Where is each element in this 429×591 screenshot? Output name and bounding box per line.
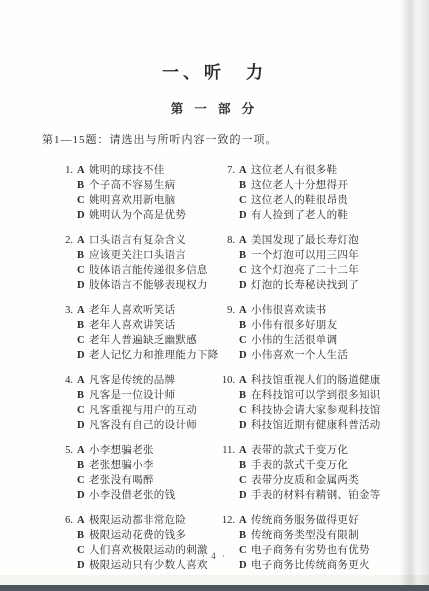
question-block: 10. A 科技馆重视人们的肠道健康 B 在科技馆可以学到很多知识 C 科技协会…: [217, 373, 407, 433]
option-label: C: [239, 473, 251, 488]
question-options: A 口头语言有复杂含义 B 应该更关注口头语言 C 肢体语言能传递很多信息 D …: [77, 233, 208, 293]
option-label: C: [239, 403, 251, 418]
option-line: A 姚明的球技不佳: [77, 163, 186, 178]
option-label: D: [77, 348, 89, 363]
option-label: D: [239, 278, 251, 293]
option-label: B: [77, 388, 89, 403]
option-line: B 凡客是一位设计师: [77, 388, 197, 403]
questions-column-right: 7. A 这位老人有很多鞋 B 这位老人十分想得开 C 这位老人的鞋很昂贵 D …: [217, 163, 407, 583]
option-line: C 肢体语言能传递很多信息: [77, 263, 208, 278]
option-text: 极限运动都非常危险: [89, 513, 186, 528]
question-options: A 极限运动都非常危险 B 极限运动花费的钱多 C 人们喜欢极限运动的刺激 D …: [77, 513, 208, 573]
option-text: 老张没有喝醉: [89, 473, 154, 488]
question-number: 9.: [217, 303, 235, 363]
option-text: 老张想骗小李: [89, 458, 154, 473]
option-line: D 灯泡的长寿秘诀找到了: [239, 278, 359, 293]
question-options: A 表带的款式千变万化 B 手表的款式千变万化 C 表带分皮质和金属两类 D 手…: [239, 443, 381, 503]
option-label: A: [77, 443, 89, 458]
option-text: 手表的材料有精钢、铂金等: [251, 488, 381, 503]
questions-area: 1. A 姚明的球技不佳 B 个子高不容易生病 C 姚明喜欢用新电脑 D 姚明认…: [55, 163, 429, 583]
option-text: 科技馆重视人们的肠道健康: [251, 373, 381, 388]
option-text: 凡客没有自己的设计师: [89, 418, 197, 433]
option-line: D 有人捡到了老人的鞋: [239, 208, 348, 223]
option-text: 科技协会请大家参观科技馆: [251, 403, 381, 418]
option-label: C: [77, 403, 89, 418]
option-line: A 小伟很喜欢读书: [239, 303, 348, 318]
option-line: A 传统商务服务做得更好: [239, 513, 370, 528]
option-label: B: [239, 248, 251, 263]
question-number: 3.: [55, 303, 73, 363]
option-label: B: [77, 178, 89, 193]
option-line: B 个子高不容易生病: [77, 178, 186, 193]
option-line: B 小伟有很多好朋友: [239, 318, 348, 333]
question-options: A 小李想骗老张 B 老张想骗小李 C 老张没有喝醉 D 小李没借老张的钱: [77, 443, 175, 503]
option-line: D 姚明认为个高是优势: [77, 208, 186, 223]
option-line: C 表带分皮质和金属两类: [239, 473, 381, 488]
question-block: 2. A 口头语言有复杂含义 B 应该更关注口头语言 C 肢体语言能传递很多信息…: [55, 233, 217, 293]
questions-column-left: 1. A 姚明的球技不佳 B 个子高不容易生病 C 姚明喜欢用新电脑 D 姚明认…: [55, 163, 217, 583]
option-line: C 这位老人的鞋很昂贵: [239, 193, 348, 208]
option-label: C: [239, 193, 251, 208]
option-text: 表带的款式千变万化: [251, 443, 348, 458]
option-label: C: [77, 473, 89, 488]
option-text: 小李想骗老张: [89, 443, 154, 458]
question-block: 12. A 传统商务服务做得更好 B 传统商务类型没有限制 C 电子商务有劣势也…: [217, 513, 407, 573]
option-line: D 凡客没有自己的设计师: [77, 418, 197, 433]
option-text: 肢体语言能传递很多信息: [89, 263, 208, 278]
option-line: B 老张想骗小李: [77, 458, 175, 473]
scan-edge-bar: [0, 585, 429, 591]
section-heading: 第 一 部 分: [0, 99, 429, 117]
option-line: D 老人记忆力和推理能力下降: [77, 348, 219, 363]
option-label: C: [77, 193, 89, 208]
option-line: C 小伟的生活很单调: [239, 333, 348, 348]
option-line: B 老年人喜欢讲笑话: [77, 318, 219, 333]
option-label: B: [239, 458, 251, 473]
page-title: 一、听 力: [0, 58, 429, 83]
option-line: A 口头语言有复杂含义: [77, 233, 208, 248]
option-line: A 小李想骗老张: [77, 443, 175, 458]
question-block: 6. A 极限运动都非常危险 B 极限运动花费的钱多 C 人们喜欢极限运动的刺激…: [55, 513, 217, 573]
option-text: 姚明认为个高是优势: [89, 208, 186, 223]
option-line: C 科技协会请大家参观科技馆: [239, 403, 381, 418]
option-label: A: [239, 373, 251, 388]
question-block: 7. A 这位老人有很多鞋 B 这位老人十分想得开 C 这位老人的鞋很昂贵 D …: [217, 163, 407, 223]
option-line: C 老张没有喝醉: [77, 473, 175, 488]
question-number: 1.: [55, 163, 73, 223]
option-line: B 这位老人十分想得开: [239, 178, 348, 193]
option-line: D 小伟喜欢一个人生活: [239, 348, 348, 363]
option-text: 表带分皮质和金属两类: [251, 473, 359, 488]
option-label: A: [77, 513, 89, 528]
option-text: 传统商务服务做得更好: [251, 513, 359, 528]
option-label: D: [239, 348, 251, 363]
option-label: D: [77, 418, 89, 433]
question-block: 4. A 凡客是传统的品牌 B 凡客是一位设计师 C 凡客重视与用户的互动 D …: [55, 373, 217, 433]
option-text: 这位老人有很多鞋: [251, 163, 337, 178]
question-number: 8.: [217, 233, 235, 293]
option-text: 在科技馆可以学到很多知识: [251, 388, 381, 403]
option-text: 凡客重视与用户的互动: [89, 403, 197, 418]
option-line: D 小李没借老张的钱: [77, 488, 175, 503]
question-number: 2.: [55, 233, 73, 293]
question-number: 10.: [217, 373, 235, 433]
option-text: 老年人喜欢讲笑话: [89, 318, 175, 333]
option-text: 小伟的生活很单调: [251, 333, 337, 348]
option-label: B: [239, 388, 251, 403]
option-line: D 手表的材料有精钢、铂金等: [239, 488, 381, 503]
option-text: 小伟喜欢一个人生活: [251, 348, 348, 363]
option-label: D: [239, 208, 251, 223]
option-text: 小伟很喜欢读书: [251, 303, 327, 318]
option-label: D: [77, 488, 89, 503]
option-line: B 应该更关注口头语言: [77, 248, 208, 263]
option-label: A: [77, 233, 89, 248]
option-label: D: [239, 488, 251, 503]
option-text: 美国发现了最长寿灯泡: [251, 233, 359, 248]
option-label: B: [239, 318, 251, 333]
option-text: 应该更关注口头语言: [89, 248, 186, 263]
question-block: 11. A 表带的款式千变万化 B 手表的款式千变万化 C 表带分皮质和金属两类…: [217, 443, 407, 503]
page-number: · 4 ·: [0, 551, 429, 561]
option-label: A: [77, 303, 89, 318]
option-label: B: [239, 528, 251, 543]
option-label: B: [77, 248, 89, 263]
question-block: 8. A 美国发现了最长寿灯泡 B 一个灯泡可以用三四年 C 这个灯泡亮了二十二…: [217, 233, 407, 293]
option-text: 科技馆近期有健康科普活动: [251, 418, 381, 433]
option-line: B 一个灯泡可以用三四年: [239, 248, 359, 263]
option-text: 手表的款式千变万化: [251, 458, 348, 473]
option-text: 有人捡到了老人的鞋: [251, 208, 348, 223]
option-line: A 这位老人有很多鞋: [239, 163, 348, 178]
question-options: A 老年人喜欢听笑话 B 老年人喜欢讲笑话 C 老年人普遍缺乏幽默感 D 老人记…: [77, 303, 219, 363]
option-line: B 在科技馆可以学到很多知识: [239, 388, 381, 403]
option-label: A: [77, 163, 89, 178]
option-line: C 这个灯泡亮了二十二年: [239, 263, 359, 278]
option-label: A: [239, 163, 251, 178]
option-label: C: [239, 333, 251, 348]
question-block: 9. A 小伟很喜欢读书 B 小伟有很多好朋友 C 小伟的生活很单调 D 小伟喜…: [217, 303, 407, 363]
instruction-text: 第1—15题：请选出与所听内容一致的一项。: [42, 131, 429, 147]
question-options: A 姚明的球技不佳 B 个子高不容易生病 C 姚明喜欢用新电脑 D 姚明认为个高…: [77, 163, 186, 223]
option-label: B: [77, 458, 89, 473]
option-label: D: [77, 278, 89, 293]
option-line: D 肢体语言不能够表现权力: [77, 278, 208, 293]
option-label: A: [239, 443, 251, 458]
option-line: B 手表的款式千变万化: [239, 458, 381, 473]
question-options: A 美国发现了最长寿灯泡 B 一个灯泡可以用三四年 C 这个灯泡亮了二十二年 D…: [239, 233, 359, 293]
option-line: A 科技馆重视人们的肠道健康: [239, 373, 381, 388]
option-text: 灯泡的长寿秘诀找到了: [251, 278, 359, 293]
option-line: B 传统商务类型没有限制: [239, 528, 370, 543]
option-text: 小伟有很多好朋友: [251, 318, 337, 333]
option-line: D 科技馆近期有健康科普活动: [239, 418, 381, 433]
option-text: 老年人喜欢听笑话: [89, 303, 175, 318]
option-line: A 极限运动都非常危险: [77, 513, 208, 528]
option-text: 老年人普遍缺乏幽默感: [89, 333, 197, 348]
option-label: D: [239, 418, 251, 433]
option-label: B: [77, 528, 89, 543]
option-text: 小李没借老张的钱: [89, 488, 175, 503]
option-label: C: [77, 263, 89, 278]
question-options: A 这位老人有很多鞋 B 这位老人十分想得开 C 这位老人的鞋很昂贵 D 有人捡…: [239, 163, 348, 223]
question-options: A 小伟很喜欢读书 B 小伟有很多好朋友 C 小伟的生活很单调 D 小伟喜欢一个…: [239, 303, 348, 363]
option-label: C: [239, 263, 251, 278]
option-text: 口头语言有复杂含义: [89, 233, 186, 248]
option-line: C 老年人普遍缺乏幽默感: [77, 333, 219, 348]
option-label: B: [239, 178, 251, 193]
question-number: 6.: [55, 513, 73, 573]
option-text: 姚明的球技不佳: [89, 163, 165, 178]
question-block: 3. A 老年人喜欢听笑话 B 老年人喜欢讲笑话 C 老年人普遍缺乏幽默感 D …: [55, 303, 217, 363]
option-text: 一个灯泡可以用三四年: [251, 248, 359, 263]
question-options: A 凡客是传统的品牌 B 凡客是一位设计师 C 凡客重视与用户的互动 D 凡客没…: [77, 373, 197, 433]
option-label: B: [77, 318, 89, 333]
option-line: A 老年人喜欢听笑话: [77, 303, 219, 318]
question-number: 11.: [217, 443, 235, 503]
option-label: A: [239, 233, 251, 248]
option-line: C 凡客重视与用户的互动: [77, 403, 197, 418]
option-line: A 美国发现了最长寿灯泡: [239, 233, 359, 248]
option-line: A 凡客是传统的品牌: [77, 373, 197, 388]
question-options: A 科技馆重视人们的肠道健康 B 在科技馆可以学到很多知识 C 科技协会请大家参…: [239, 373, 381, 433]
option-text: 姚明喜欢用新电脑: [89, 193, 175, 208]
option-line: C 姚明喜欢用新电脑: [77, 193, 186, 208]
option-text: 这位老人十分想得开: [251, 178, 348, 193]
option-text: 凡客是传统的品牌: [89, 373, 175, 388]
question-number: 7.: [217, 163, 235, 223]
question-number: 4.: [55, 373, 73, 433]
option-text: 传统商务类型没有限制: [251, 528, 359, 543]
scan-strip: [0, 575, 429, 585]
option-label: D: [77, 208, 89, 223]
option-text: 极限运动花费的钱多: [89, 528, 186, 543]
option-label: A: [77, 373, 89, 388]
document-page: 一、听 力 第 一 部 分 第1—15题：请选出与所听内容一致的一项。 1. A…: [0, 0, 429, 591]
option-text: 这个灯泡亮了二十二年: [251, 263, 359, 278]
option-text: 肢体语言不能够表现权力: [89, 278, 208, 293]
option-line: B 极限运动花费的钱多: [77, 528, 208, 543]
option-label: A: [239, 513, 251, 528]
option-label: A: [239, 303, 251, 318]
option-line: A 表带的款式千变万化: [239, 443, 381, 458]
option-text: 个子高不容易生病: [89, 178, 175, 193]
question-number: 5.: [55, 443, 73, 503]
question-options: A 传统商务服务做得更好 B 传统商务类型没有限制 C 电子商务有劣势也有优势 …: [239, 513, 370, 573]
option-label: C: [77, 333, 89, 348]
question-block: 1. A 姚明的球技不佳 B 个子高不容易生病 C 姚明喜欢用新电脑 D 姚明认…: [55, 163, 217, 223]
option-text: 老人记忆力和推理能力下降: [89, 348, 219, 363]
question-number: 12.: [217, 513, 235, 573]
option-text: 凡客是一位设计师: [89, 388, 175, 403]
option-text: 这位老人的鞋很昂贵: [251, 193, 348, 208]
question-block: 5. A 小李想骗老张 B 老张想骗小李 C 老张没有喝醉 D 小李没借老张的钱: [55, 443, 217, 503]
